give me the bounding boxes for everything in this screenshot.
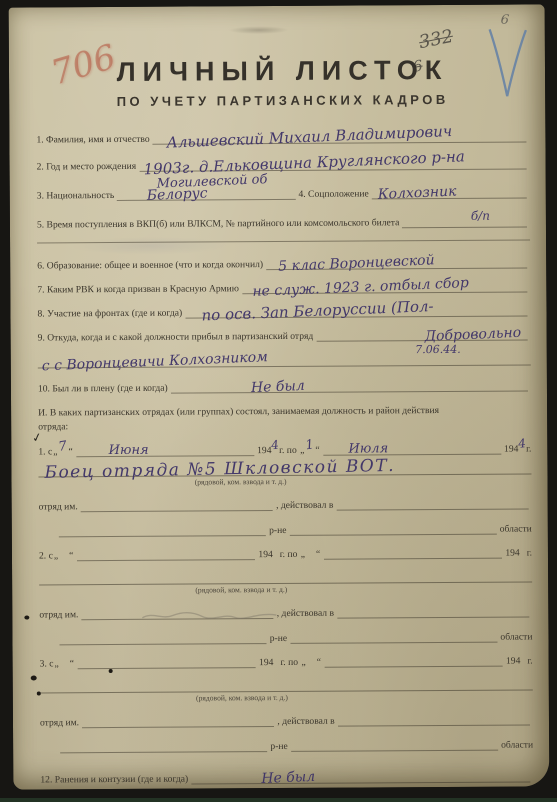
entry-2-month-to-line	[324, 546, 502, 559]
quote: „	[54, 658, 58, 669]
pencil-scribble	[135, 609, 285, 622]
field-7-row: 7. Каким РВК и когда призван в Красную А…	[37, 280, 530, 295]
district-label: р-не	[270, 741, 287, 752]
section-11-header: И. В каких партизанских отрядах (или гру…	[38, 403, 531, 434]
entry-1-month-from: Июня	[109, 444, 149, 459]
district-line	[60, 740, 267, 753]
field-9-date: 7.06.44.	[415, 344, 461, 357]
field-7-label: 7. Каким РВК и когда призван в Красную А…	[37, 283, 239, 295]
quote: “	[317, 656, 321, 667]
entry-3-position-line	[40, 674, 533, 693]
position-caption: (рядовой, ком. взвода и т. д.)	[40, 691, 533, 703]
acted-line	[337, 605, 529, 618]
scan-background: 706 332 6 6 ЛИЧНЫЙ ЛИСТОК ПО УЧЕТУ ПАРТИ…	[0, 0, 557, 802]
field-4-label: 4. Соцположение	[298, 188, 368, 199]
entry-3-day-to	[307, 665, 316, 666]
quote: „	[301, 549, 305, 560]
field-2-line: 1903г. д.Ельковщина Круглянского р-на	[139, 157, 527, 171]
entry-3-month-from-line	[78, 656, 256, 669]
field-4-line: Колхозник	[372, 186, 527, 199]
region-label: области	[501, 739, 533, 750]
position-caption: (рядовой, ком. взвода и т. д.)	[39, 583, 532, 595]
field-5-label: 5. Время поступления в ВКП(б) или ВЛКСМ,…	[37, 217, 399, 230]
year-prefix: 194	[504, 443, 518, 454]
field-6-row: 6. Образование: общее и военное (что и к…	[37, 256, 530, 271]
entry-1-day-to: 1	[304, 438, 315, 454]
quote: „	[301, 657, 305, 668]
entry-2-month-from-line	[77, 548, 255, 561]
page-subtitle: ПО УЧЕТУ ПАРТИЗАНСКИХ КАДРОВ	[36, 91, 529, 109]
unit-name-line	[81, 607, 273, 620]
field-12-value: Не был	[261, 769, 315, 787]
acted-label: , действовал в	[277, 715, 334, 726]
field-1-row: 1. Фамилия, имя и отчество Альшевский Ми…	[36, 130, 529, 145]
quote: „	[300, 445, 304, 456]
from-label: с	[49, 658, 53, 669]
quote: “	[70, 658, 74, 669]
unit-name-line	[81, 499, 273, 512]
form-content: ЛИЧНЫЙ ЛИСТОК ПО УЧЕТУ ПАРТИЗАНСКИХ КАДР…	[9, 4, 550, 785]
field-9-value: Добровольно	[425, 325, 522, 345]
field-8-label: 8. Участие на фронтах (где и когда)	[37, 308, 182, 320]
entry-3-dates-row: 3. с „“ 194 г. по „“ 194 г.	[40, 654, 533, 669]
year-prefix: 194	[506, 655, 520, 666]
entry-2-number: 2.	[39, 550, 46, 561]
field-12-line: Не был	[191, 770, 530, 784]
entry-2-position-line	[39, 566, 532, 585]
unit-label: отряд им.	[39, 609, 78, 620]
field-10-label: 10. Был ли в плену (где и когда)	[38, 383, 168, 395]
region-line	[289, 522, 496, 535]
field-12-label: 12. Ранения и контузии (где и когда)	[40, 773, 188, 785]
district-row: р-не области	[39, 630, 532, 645]
unit-label: отряд им.	[40, 717, 79, 728]
district-label: р-не	[270, 633, 287, 644]
quote: “	[68, 446, 72, 457]
acted-label: , действовал в	[277, 607, 334, 618]
field-9-line: Добровольно	[316, 328, 527, 341]
field-9-row: 9. Откуда, когда и с какой должности при…	[38, 328, 531, 343]
unit-name-line	[82, 715, 274, 728]
entry-1-month-to-line: Июля	[324, 442, 501, 455]
from-label: с	[48, 446, 52, 457]
entry-1-year-to-digit: 4	[518, 437, 527, 452]
field-7-line: не служ. 1923 г. отбыл сбор	[242, 280, 528, 294]
field-6-line: 5 клас Воронцевской	[266, 256, 527, 270]
year-prefix: 194	[257, 445, 271, 456]
field-10-line: Не был	[171, 379, 528, 393]
district-line	[59, 632, 266, 645]
field-4-value: Колхозник	[378, 183, 457, 202]
page-title: ЛИЧНЫЙ ЛИСТОК	[36, 54, 529, 88]
entry-2-year-to-digit	[520, 555, 527, 556]
quote: “	[316, 548, 320, 559]
acted-line	[336, 497, 528, 510]
field-9-line2: с с Воронцевичи Колхозником 7.06.44.	[38, 353, 531, 368]
field-10-row: 10. Был ли в плену (где и когда) Не был	[38, 379, 531, 394]
entry-1-day-from: 7	[57, 440, 68, 456]
field-1-line: Альшевский Михаил Владимирович	[153, 130, 527, 144]
field-3-value: Белорус	[147, 185, 208, 204]
entry-3-month-to-line	[325, 654, 503, 667]
field-1-value: Альшевский Михаил Владимирович	[166, 123, 452, 152]
year-prefix: 194	[258, 549, 272, 560]
quote: „	[54, 550, 58, 561]
entry-2-day-to	[306, 557, 315, 558]
entry-2-day-from	[59, 558, 68, 559]
field-3-4-row: Могилевской об 3. Национальность Белорус…	[37, 186, 530, 201]
field-8-row: 8. Участие на фронтах (где и когда) по о…	[37, 304, 530, 319]
entry-2-dates-row: 2. с „“ 194 г. по „“ 194 г.	[39, 546, 532, 561]
scan-edge-strip	[0, 798, 557, 802]
field-3-line: Белорус	[117, 188, 295, 201]
quote: “	[69, 550, 73, 561]
field-7-value: не служ. 1923 г. отбыл сбор	[252, 275, 469, 300]
quote: “	[315, 444, 319, 455]
field-8-value: по осв. Зап Белоруссии (Пол-	[201, 298, 434, 325]
field-5-value: б/п	[471, 210, 490, 224]
entry-3-year-from-digit	[273, 664, 280, 665]
district-row: р-не области	[40, 738, 533, 753]
field-3-label: 3. Национальность	[37, 190, 115, 202]
form-paper: 706 332 6 6 ЛИЧНЫЙ ЛИСТОК ПО УЧЕТУ ПАРТИ…	[9, 4, 550, 789]
entry-1-position-line: Боец отряда №5 Шкловской ВОТ.	[38, 458, 531, 477]
to-label: г. по	[280, 549, 298, 560]
field-10-value: Не был	[250, 378, 304, 396]
unit-row: отряд им. , действовал в	[40, 713, 533, 728]
unit-row: отряд им. , действовал в	[39, 497, 532, 512]
from-label: с	[49, 550, 53, 561]
year-suffix: г.	[527, 655, 532, 666]
entry-1-number: 1.	[38, 446, 45, 457]
unit-row: отряд им. , действовал в	[39, 605, 532, 620]
year-prefix: 194	[259, 657, 273, 668]
year-suffix: г.	[527, 547, 532, 558]
section-divider	[37, 239, 530, 243]
quote: „	[53, 446, 57, 457]
region-label: области	[500, 631, 532, 642]
unit-label: отряд им.	[39, 501, 78, 512]
to-label: г. по	[279, 445, 297, 456]
entry-1-month-from-line: Июня	[77, 444, 254, 457]
field-2-value: 1903г. д.Ельковщина Круглянского р-на	[143, 148, 465, 178]
field-9-row2: с с Воронцевичи Колхозником 7.06.44.	[38, 353, 531, 368]
district-label: р-не	[269, 525, 286, 536]
field-2-label: 2. Год и место рождения	[37, 161, 137, 173]
field-6-value: 5 клас Воронцевской	[278, 252, 435, 274]
entry-3-number: 3.	[40, 658, 47, 669]
entry-2-year-from-digit	[273, 556, 280, 557]
district-line	[59, 524, 266, 537]
field-12-row: 12. Ранения и контузии (где и когда) Не …	[40, 770, 533, 785]
field-5-row: 5. Время поступления в ВКП(б) или ВЛКСМ,…	[37, 215, 530, 230]
field-6-label: 6. Образование: общее и военное (что и к…	[37, 259, 263, 271]
field-5-line: б/п	[402, 215, 527, 228]
entry-3-day-from	[60, 666, 69, 667]
field-9-value2: с с Воронцевичи Колхозником	[42, 349, 269, 374]
region-line	[290, 630, 497, 643]
acted-line	[338, 713, 530, 726]
acted-label: , действовал в	[276, 499, 333, 510]
entry-1-month-to: Июля	[348, 442, 388, 457]
field-1-label: 1. Фамилия, имя и отчество	[36, 134, 149, 146]
year-prefix: 194	[505, 547, 519, 558]
to-label: г. по	[280, 657, 298, 668]
entry-1-dates-row: ✓ 1. с „7“ Июня 1944 г. по „1“ Июля 1944…	[38, 439, 531, 457]
field-9-label: 9. Откуда, когда и с какой должности при…	[38, 331, 314, 344]
district-row: р-не области	[39, 522, 532, 537]
region-label: области	[500, 523, 532, 534]
region-line	[291, 738, 498, 751]
field-8-line: по осв. Зап Белоруссии (Пол-	[185, 304, 527, 318]
entry-1-year-from-digit: 4	[271, 439, 280, 454]
field-2-row: 2. Год и место рождения 1903г. д.Ельковщ…	[37, 157, 530, 172]
entry-3-year-to-digit	[520, 663, 527, 664]
